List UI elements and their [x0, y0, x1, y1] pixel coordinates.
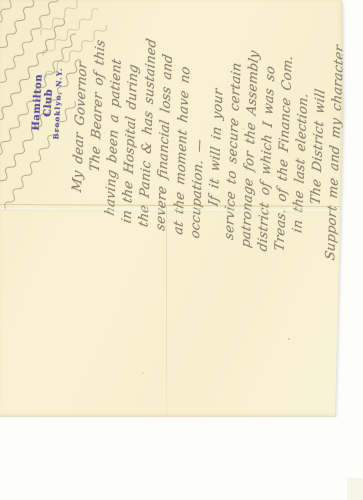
paper-speckle: [288, 338, 290, 340]
scanned-letter-page: Hamilton Club Brooklyn, N.Y.: [0, 0, 363, 500]
handwritten-letter-body: My dear GovernorThe Bearer of thishaving…: [68, 0, 349, 272]
paper-speckle: [142, 372, 144, 374]
letter-paper: Hamilton Club Brooklyn, N.Y.: [0, 0, 344, 417]
scanner-background: [0, 417, 363, 500]
under-sheet-corner: [347, 478, 363, 500]
paper-speckle: [243, 128, 245, 130]
vertical-fold-crease: [166, 207, 167, 416]
